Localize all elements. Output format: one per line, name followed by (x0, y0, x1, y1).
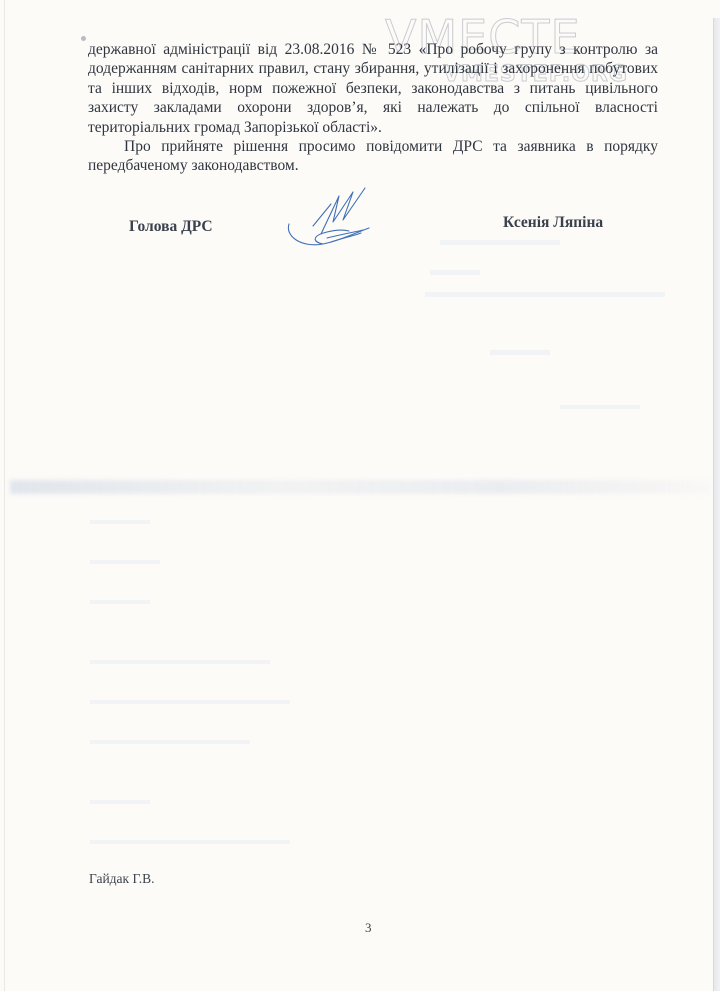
paragraph-decision-reference: державної адміністрації від 23.08.2016 №… (88, 40, 658, 137)
bleed-through-mark (90, 740, 250, 744)
executor-name: Гайдак Г.В. (89, 871, 155, 887)
bleed-through-mark (90, 560, 160, 564)
bleed-through-mark (90, 800, 150, 804)
signature-icon (283, 186, 373, 256)
bleed-through-mark (90, 840, 290, 844)
paragraph-request-notification: Про прийняте рішення просимо повідомити … (88, 137, 658, 176)
page-number: 3 (365, 920, 372, 936)
bleed-through-mark (90, 700, 290, 704)
signatory-name: Ксенія Ляпіна (503, 214, 603, 232)
bleed-through-mark (430, 270, 480, 275)
bleed-through-mark (560, 405, 640, 409)
letter-body: державної адміністрації від 23.08.2016 №… (88, 40, 658, 176)
bleed-through-mark (90, 660, 270, 664)
signatory-title: Голова ДРС (129, 218, 213, 236)
bleed-through-mark (490, 350, 550, 355)
bleed-through-mark (90, 520, 150, 524)
scan-speck (81, 36, 86, 41)
bleed-through-mark (90, 600, 150, 604)
bleed-through-band (10, 480, 710, 494)
bleed-through-mark (425, 292, 665, 297)
scan-right-edge (713, 18, 720, 991)
scan-left-edge (4, 0, 5, 991)
